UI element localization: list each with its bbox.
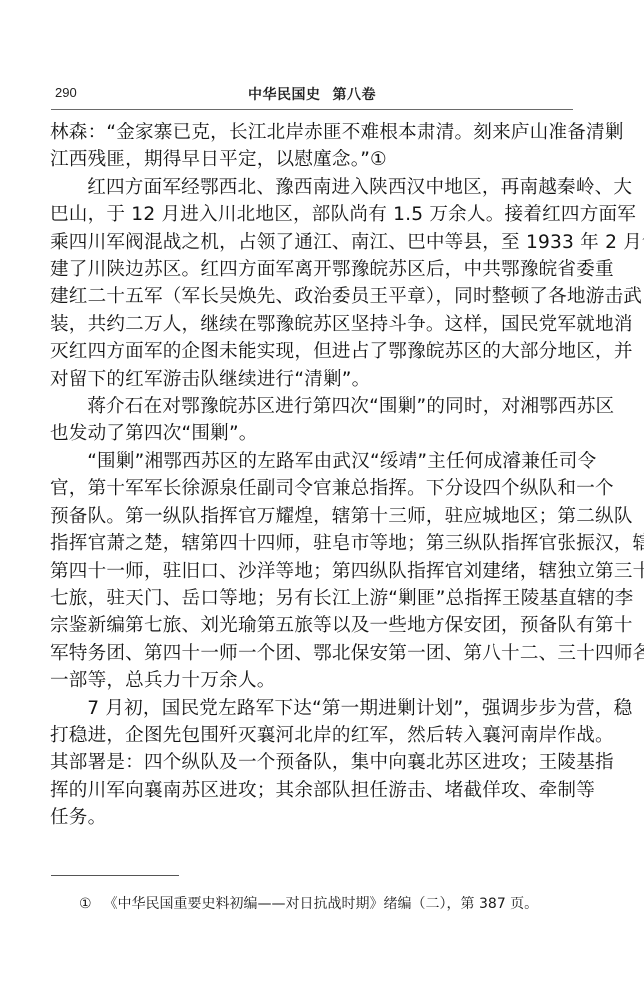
text-line: 建红二十五军（军长吴焕先、政治委员王平章），同时整顿了各地游击武 — [50, 283, 576, 310]
text-line: 第四十一师，驻旧口、沙洋等地；第四纵队指挥官刘建绪，辖独立第三十 — [50, 558, 576, 585]
text-line: “围剿”湘鄂西苏区的左路军由武汉“绥靖”主任何成濬兼任司令 — [50, 448, 576, 475]
body-text: 林森：“金家寨已克，长江北岸赤匪不难根本肃清。刻来庐山准备清剿 江西残匪，期得早… — [50, 119, 576, 832]
footnote-mark: ① — [79, 896, 92, 912]
text-line: 江西残匪，期得早日平定，以慰廑念。”① — [50, 146, 576, 173]
text-line: 挥的川军向襄南苏区进攻；其余部队担任游击、堵截佯攻、牵制等 — [50, 777, 576, 804]
running-title: 中华民国史第八卷 — [51, 84, 573, 104]
footnote-divider — [51, 875, 179, 876]
paragraph-1: 林森：“金家寨已克，长江北岸赤匪不难根本肃清。刻来庐山准备清剿 江西残匪，期得早… — [50, 119, 576, 174]
text-line: 官，第十军军长徐源泉任副司令官兼总指挥。下分设四个纵队和一个 — [50, 475, 576, 502]
text-line: 七旅，驻天门、岳口等地；另有长江上游“剿匪”总指挥王陵基直辖的李 — [50, 585, 576, 612]
text-line: 装，共约二万人，继续在鄂豫皖苏区坚持斗争。这样，国民党军就地消 — [50, 311, 576, 338]
paragraph-2: 红四方面军经鄂西北、豫西南进入陕西汉中地区，再南越秦岭、大 巴山，于 12 月进… — [50, 174, 576, 393]
text-line: 一部等，总兵力十万余人。 — [50, 667, 576, 694]
text-line: 林森：“金家寨已克，长江北岸赤匪不难根本肃清。刻来庐山准备清剿 — [50, 119, 576, 146]
text-line: 打稳进，企图先包围歼灭襄河北岸的红军，然后转入襄河南岸作战。 — [50, 722, 576, 749]
text-line: 对留下的红军游击队继续进行“清剿”。 — [50, 366, 576, 393]
text-line: 宗鉴新编第七旅、刘光瑜第五旅等以及一些地方保安团，预备队有第十 — [50, 612, 576, 639]
text-line: 巴山，于 12 月进入川北地区，部队尚有 1.5 万余人。接着红四方面军 — [50, 201, 576, 228]
paragraph-3: 蒋介石在对鄂豫皖苏区进行第四次“围剿”的同时，对湘鄂西苏区 也发动了第四次“围剿… — [50, 393, 576, 448]
text-line: 预备队。第一纵队指挥官万耀煌，辖第十三师，驻应城地区；第二纵队 — [50, 503, 576, 530]
text-line: 其部署是：四个纵队及一个预备队，集中向襄北苏区进攻；王陵基指 — [50, 749, 576, 776]
text-line: 任务。 — [50, 804, 576, 831]
paragraph-4: “围剿”湘鄂西苏区的左路军由武汉“绥靖”主任何成濬兼任司令 官，第十军军长徐源泉… — [50, 448, 576, 695]
book-title: 中华民国史 — [248, 87, 321, 103]
footnote: ①《中华民国重要史料初编——对日抗战时期》绪编（二），第 387 页。 — [79, 893, 538, 913]
text-line: 军特务团、第四十一师一个团、鄂北保安第一团、第八十二、三十四师各 — [50, 640, 576, 667]
text-line: 蒋介石在对鄂豫皖苏区进行第四次“围剿”的同时，对湘鄂西苏区 — [50, 393, 576, 420]
text-line: 建了川陕边苏区。红四方面军离开鄂豫皖苏区后，中共鄂豫皖省委重 — [50, 256, 576, 283]
page-header: 290 中华民国史第八卷 — [51, 83, 573, 110]
paragraph-5: 7 月初，国民党左路军下达“第一期进剿计划”，强调步步为营，稳 打稳进，企图先包… — [50, 695, 576, 832]
text-line: 7 月初，国民党左路军下达“第一期进剿计划”，强调步步为营，稳 — [50, 695, 576, 722]
text-line: 指挥官萧之楚，辖第四十四师，驻皂市等地；第三纵队指挥官张振汉，辖 — [50, 530, 576, 557]
text-line: 灭红四方面军的企图未能实现，但进占了鄂豫皖苏区的大部分地区，并 — [50, 338, 576, 365]
text-line: 红四方面军经鄂西北、豫西南进入陕西汉中地区，再南越秦岭、大 — [50, 174, 576, 201]
volume-label: 第八卷 — [333, 87, 377, 103]
footnote-text: 《中华民国重要史料初编——对日抗战时期》绪编（二），第 387 页。 — [104, 896, 539, 912]
text-line: 乘四川军阀混战之机，占领了通江、南江、巴中等县，至 1933 年 2 月创 — [50, 229, 576, 256]
text-line: 也发动了第四次“围剿”。 — [50, 420, 576, 447]
